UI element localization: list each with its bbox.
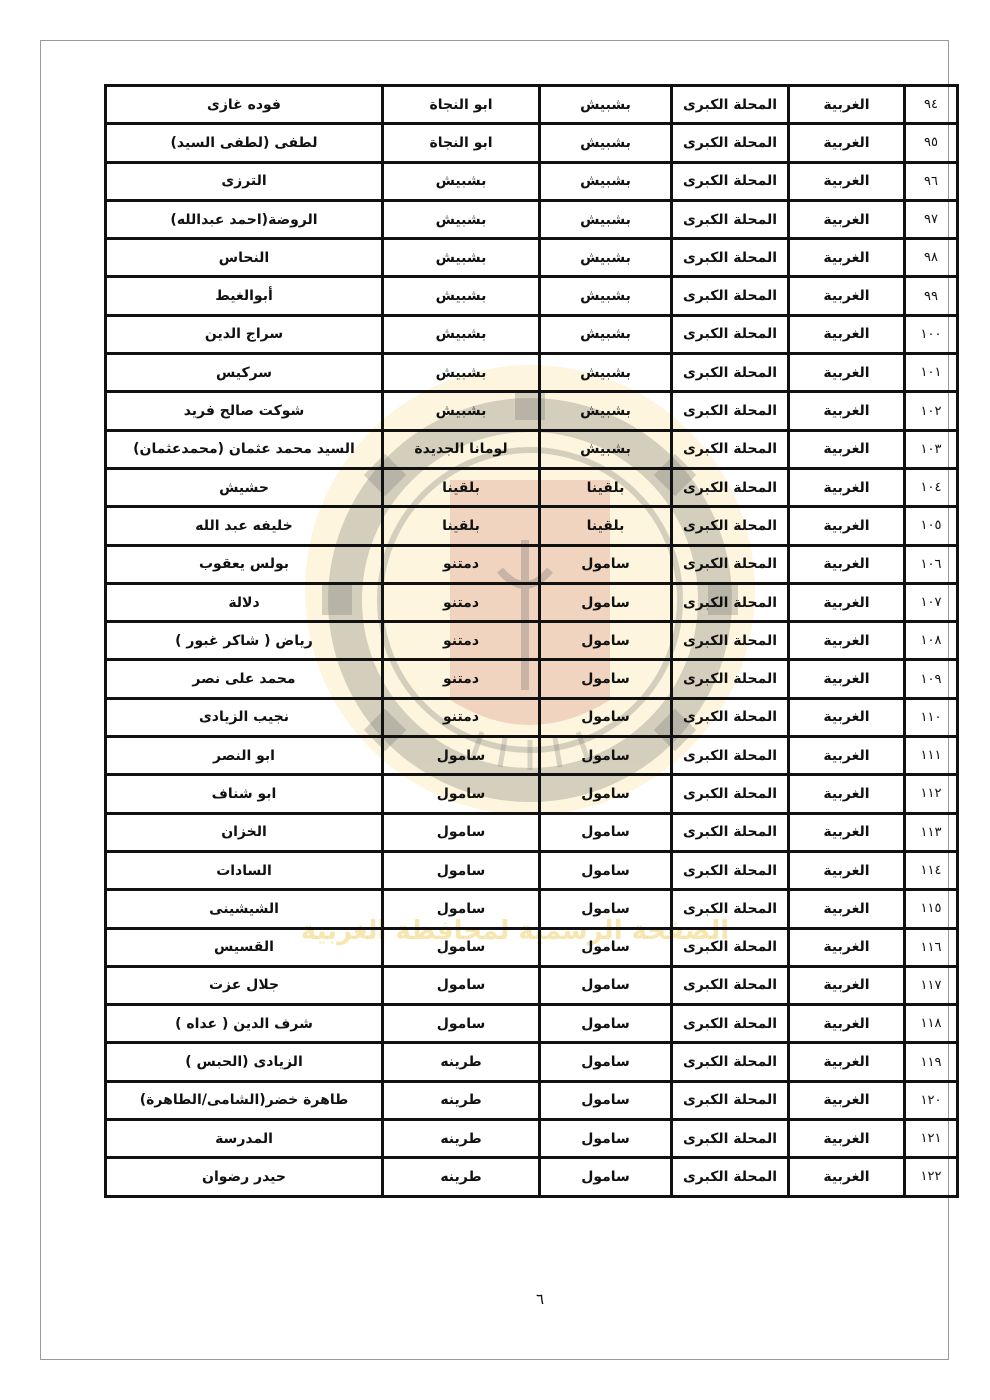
cell-number: ١٠٤: [905, 468, 958, 506]
cell-village: بشبيش: [383, 392, 540, 430]
cell-village: بشبيش: [383, 315, 540, 353]
cell-name: بولس يعقوب: [106, 545, 383, 583]
cell-governorate: الغربية: [789, 813, 905, 851]
cell-name: السيد محمد عثمان (محمدعثمان): [106, 430, 383, 468]
cell-number: ١٢٠: [905, 1081, 958, 1119]
cell-name: ابو النصر: [106, 737, 383, 775]
cell-number: ١٠٣: [905, 430, 958, 468]
cell-name: رياض ( شاكر غبور ): [106, 622, 383, 660]
cell-governorate: الغربية: [789, 737, 905, 775]
table-row: ١١٠ الغربية المحلة الكبرى سامول دمتنو نج…: [106, 698, 958, 736]
table-row: ١١٥ الغربية المحلة الكبرى سامول سامول ال…: [106, 890, 958, 928]
cell-city: المحلة الكبرى: [672, 315, 789, 353]
cell-city: المحلة الكبرى: [672, 1005, 789, 1043]
cell-governorate: الغربية: [789, 1043, 905, 1081]
cell-name: الترزى: [106, 162, 383, 200]
cell-name: نجيب الزيادى: [106, 698, 383, 736]
cell-number: ٩٥: [905, 124, 958, 162]
cell-number: ١١٠: [905, 698, 958, 736]
table-row: ١٠٧ الغربية المحلة الكبرى سامول دمتنو دل…: [106, 583, 958, 621]
cell-governorate: الغربية: [789, 1005, 905, 1043]
cell-governorate: الغربية: [789, 583, 905, 621]
cell-name: الزيادى (الحبس ): [106, 1043, 383, 1081]
cell-name: حيدر رضوان: [106, 1158, 383, 1196]
cell-village: طرينه: [383, 1158, 540, 1196]
cell-village: بشبيش: [383, 200, 540, 238]
page-number: ٦: [480, 1290, 600, 1308]
villages-table: ٩٤ الغربية المحلة الكبرى بشبيش ابو النجا…: [104, 84, 959, 1198]
table-body: ٩٤ الغربية المحلة الكبرى بشبيش ابو النجا…: [106, 86, 958, 1197]
cell-local-unit: سامول: [540, 660, 672, 698]
cell-governorate: الغربية: [789, 239, 905, 277]
cell-city: المحلة الكبرى: [672, 545, 789, 583]
cell-local-unit: سامول: [540, 545, 672, 583]
cell-name: شرف الدين ( عداه ): [106, 1005, 383, 1043]
cell-governorate: الغربية: [789, 660, 905, 698]
cell-number: ٩٤: [905, 86, 958, 124]
table-row: ٩٤ الغربية المحلة الكبرى بشبيش ابو النجا…: [106, 86, 958, 124]
table-row: ٩٩ الغربية المحلة الكبرى بشبيش بشبيش أبو…: [106, 277, 958, 315]
cell-local-unit: بشبيش: [540, 162, 672, 200]
cell-name: أبوالغيط: [106, 277, 383, 315]
table-row: ١٠٣ الغربية المحلة الكبرى بشبيش لومانا ا…: [106, 430, 958, 468]
cell-governorate: الغربية: [789, 1158, 905, 1196]
cell-village: سامول: [383, 851, 540, 889]
cell-governorate: الغربية: [789, 392, 905, 430]
cell-number: ١٠٩: [905, 660, 958, 698]
table-row: ١٠٦ الغربية المحلة الكبرى سامول دمتنو بو…: [106, 545, 958, 583]
cell-governorate: الغربية: [789, 124, 905, 162]
cell-city: المحلة الكبرى: [672, 162, 789, 200]
cell-city: المحلة الكبرى: [672, 851, 789, 889]
table-row: ١١٧ الغربية المحلة الكبرى سامول سامول جل…: [106, 966, 958, 1004]
cell-name: شوكت صالح فريد: [106, 392, 383, 430]
cell-name: لطفى (لطفى السيد): [106, 124, 383, 162]
cell-village: لومانا الجديدة: [383, 430, 540, 468]
cell-city: المحلة الكبرى: [672, 698, 789, 736]
cell-name: حشيش: [106, 468, 383, 506]
cell-village: بلقينا: [383, 507, 540, 545]
cell-number: ١١٦: [905, 928, 958, 966]
cell-village: بشبيش: [383, 162, 540, 200]
cell-governorate: الغربية: [789, 507, 905, 545]
cell-village: طرينه: [383, 1043, 540, 1081]
cell-village: بشبيش: [383, 354, 540, 392]
cell-name: محمد على نصر: [106, 660, 383, 698]
cell-city: المحلة الكبرى: [672, 200, 789, 238]
cell-city: المحلة الكبرى: [672, 622, 789, 660]
table-row: ١٠٤ الغربية المحلة الكبرى بلقينا بلقينا …: [106, 468, 958, 506]
cell-city: المحلة الكبرى: [672, 737, 789, 775]
cell-number: ١٠٦: [905, 545, 958, 583]
cell-city: المحلة الكبرى: [672, 507, 789, 545]
cell-name: سراج الدين: [106, 315, 383, 353]
cell-number: ١١٢: [905, 775, 958, 813]
table-row: ١١٤ الغربية المحلة الكبرى سامول سامول ال…: [106, 851, 958, 889]
cell-number: ٩٨: [905, 239, 958, 277]
cell-city: المحلة الكبرى: [672, 1081, 789, 1119]
cell-village: دمتنو: [383, 583, 540, 621]
cell-name: طاهرة خضر(الشامى/الطاهرة): [106, 1081, 383, 1119]
cell-number: ١٠٨: [905, 622, 958, 660]
table-row: ١٠٩ الغربية المحلة الكبرى سامول دمتنو مح…: [106, 660, 958, 698]
cell-name: دلالة: [106, 583, 383, 621]
cell-local-unit: بشبيش: [540, 392, 672, 430]
cell-governorate: الغربية: [789, 966, 905, 1004]
cell-name: الروضة(احمد عبدالله): [106, 200, 383, 238]
cell-city: المحلة الكبرى: [672, 966, 789, 1004]
cell-village: بشبيش: [383, 277, 540, 315]
cell-local-unit: بلقينا: [540, 507, 672, 545]
cell-local-unit: سامول: [540, 1043, 672, 1081]
table-row: ١١٨ الغربية المحلة الكبرى سامول سامول شر…: [106, 1005, 958, 1043]
cell-local-unit: سامول: [540, 737, 672, 775]
cell-local-unit: سامول: [540, 1158, 672, 1196]
cell-number: ١١٥: [905, 890, 958, 928]
cell-village: دمتنو: [383, 660, 540, 698]
table-row: ١٠٥ الغربية المحلة الكبرى بلقينا بلقينا …: [106, 507, 958, 545]
cell-number: ١٢٢: [905, 1158, 958, 1196]
cell-number: ١١٩: [905, 1043, 958, 1081]
cell-name: النحاس: [106, 239, 383, 277]
table-row: ١٠٢ الغربية المحلة الكبرى بشبيش بشبيش شو…: [106, 392, 958, 430]
cell-governorate: الغربية: [789, 1081, 905, 1119]
cell-village: سامول: [383, 737, 540, 775]
cell-local-unit: بلقينا: [540, 468, 672, 506]
cell-city: المحلة الكبرى: [672, 277, 789, 315]
table-row: ١٠١ الغربية المحلة الكبرى بشبيش بشبيش سر…: [106, 354, 958, 392]
cell-governorate: الغربية: [789, 622, 905, 660]
cell-local-unit: سامول: [540, 1081, 672, 1119]
cell-number: ٩٧: [905, 200, 958, 238]
cell-local-unit: بشبيش: [540, 200, 672, 238]
cell-local-unit: سامول: [540, 966, 672, 1004]
cell-number: ١١٤: [905, 851, 958, 889]
cell-governorate: الغربية: [789, 851, 905, 889]
cell-local-unit: بشبيش: [540, 86, 672, 124]
table-row: ١٢١ الغربية المحلة الكبرى سامول طرينه ال…: [106, 1120, 958, 1158]
cell-city: المحلة الكبرى: [672, 430, 789, 468]
cell-governorate: الغربية: [789, 1120, 905, 1158]
cell-local-unit: بشبيش: [540, 124, 672, 162]
cell-name: جلال عزت: [106, 966, 383, 1004]
cell-name: القسيس: [106, 928, 383, 966]
cell-governorate: الغربية: [789, 86, 905, 124]
cell-name: الخزان: [106, 813, 383, 851]
table-row: ٩٥ الغربية المحلة الكبرى بشبيش ابو النجا…: [106, 124, 958, 162]
cell-governorate: الغربية: [789, 698, 905, 736]
cell-village: سامول: [383, 928, 540, 966]
cell-name: ابو شناف: [106, 775, 383, 813]
cell-governorate: الغربية: [789, 315, 905, 353]
table-row: ١١٢ الغربية المحلة الكبرى سامول سامول اب…: [106, 775, 958, 813]
cell-governorate: الغربية: [789, 890, 905, 928]
cell-city: المحلة الكبرى: [672, 813, 789, 851]
cell-local-unit: سامول: [540, 775, 672, 813]
cell-name: المدرسة: [106, 1120, 383, 1158]
cell-local-unit: بشبيش: [540, 354, 672, 392]
cell-governorate: الغربية: [789, 928, 905, 966]
cell-village: دمتنو: [383, 698, 540, 736]
cell-city: المحلة الكبرى: [672, 86, 789, 124]
table-row: ١٢٢ الغربية المحلة الكبرى سامول طرينه حي…: [106, 1158, 958, 1196]
cell-number: ٩٩: [905, 277, 958, 315]
cell-local-unit: سامول: [540, 890, 672, 928]
cell-village: بشبيش: [383, 239, 540, 277]
cell-local-unit: سامول: [540, 698, 672, 736]
cell-governorate: الغربية: [789, 775, 905, 813]
cell-village: ابو النجاة: [383, 124, 540, 162]
cell-local-unit: سامول: [540, 851, 672, 889]
cell-number: ١٠٧: [905, 583, 958, 621]
table-row: ٩٦ الغربية المحلة الكبرى بشبيش بشبيش الت…: [106, 162, 958, 200]
table-row: ١١٩ الغربية المحلة الكبرى سامول طرينه ال…: [106, 1043, 958, 1081]
cell-city: المحلة الكبرى: [672, 890, 789, 928]
cell-governorate: الغربية: [789, 200, 905, 238]
cell-name: فوده غازى: [106, 86, 383, 124]
cell-governorate: الغربية: [789, 162, 905, 200]
cell-name: خليفه عبد الله: [106, 507, 383, 545]
cell-local-unit: سامول: [540, 1120, 672, 1158]
cell-city: المحلة الكبرى: [672, 775, 789, 813]
cell-village: طرينه: [383, 1120, 540, 1158]
cell-local-unit: سامول: [540, 622, 672, 660]
cell-name: السادات: [106, 851, 383, 889]
cell-city: المحلة الكبرى: [672, 239, 789, 277]
table-row: ٩٨ الغربية المحلة الكبرى بشبيش بشبيش الن…: [106, 239, 958, 277]
cell-number: ١١٧: [905, 966, 958, 1004]
cell-village: دمتنو: [383, 545, 540, 583]
cell-local-unit: سامول: [540, 583, 672, 621]
cell-governorate: الغربية: [789, 277, 905, 315]
cell-number: ١٠٥: [905, 507, 958, 545]
table-row: ١١٦ الغربية المحلة الكبرى سامول سامول ال…: [106, 928, 958, 966]
cell-village: ابو النجاة: [383, 86, 540, 124]
cell-city: المحلة الكبرى: [672, 660, 789, 698]
cell-governorate: الغربية: [789, 354, 905, 392]
cell-local-unit: سامول: [540, 928, 672, 966]
table-row: ١٠٨ الغربية المحلة الكبرى سامول دمتنو ري…: [106, 622, 958, 660]
table-row: ١٢٠ الغربية المحلة الكبرى سامول طرينه طا…: [106, 1081, 958, 1119]
cell-number: ٩٦: [905, 162, 958, 200]
cell-number: ١١٣: [905, 813, 958, 851]
cell-local-unit: بشبيش: [540, 315, 672, 353]
cell-village: سامول: [383, 813, 540, 851]
table-row: ٩٧ الغربية المحلة الكبرى بشبيش بشبيش الر…: [106, 200, 958, 238]
cell-village: بلقينا: [383, 468, 540, 506]
cell-local-unit: سامول: [540, 813, 672, 851]
cell-city: المحلة الكبرى: [672, 583, 789, 621]
cell-local-unit: سامول: [540, 1005, 672, 1043]
cell-city: المحلة الكبرى: [672, 1043, 789, 1081]
cell-village: دمتنو: [383, 622, 540, 660]
cell-local-unit: بشبيش: [540, 277, 672, 315]
cell-name: الشيشينى: [106, 890, 383, 928]
cell-local-unit: بشبيش: [540, 430, 672, 468]
cell-city: المحلة الكبرى: [672, 928, 789, 966]
cell-village: سامول: [383, 1005, 540, 1043]
cell-village: سامول: [383, 890, 540, 928]
cell-governorate: الغربية: [789, 430, 905, 468]
cell-city: المحلة الكبرى: [672, 468, 789, 506]
cell-city: المحلة الكبرى: [672, 1158, 789, 1196]
cell-village: سامول: [383, 966, 540, 1004]
table-row: ١١٣ الغربية المحلة الكبرى سامول سامول ال…: [106, 813, 958, 851]
cell-city: المحلة الكبرى: [672, 1120, 789, 1158]
cell-name: سركيس: [106, 354, 383, 392]
cell-governorate: الغربية: [789, 545, 905, 583]
cell-city: المحلة الكبرى: [672, 354, 789, 392]
cell-number: ١١١: [905, 737, 958, 775]
cell-number: ١٠٠: [905, 315, 958, 353]
cell-local-unit: بشبيش: [540, 239, 672, 277]
cell-city: المحلة الكبرى: [672, 124, 789, 162]
cell-governorate: الغربية: [789, 468, 905, 506]
cell-village: سامول: [383, 775, 540, 813]
cell-number: ١٠١: [905, 354, 958, 392]
table-row: ١٠٠ الغربية المحلة الكبرى بشبيش بشبيش سر…: [106, 315, 958, 353]
cell-number: ١٠٢: [905, 392, 958, 430]
cell-city: المحلة الكبرى: [672, 392, 789, 430]
cell-village: طرينه: [383, 1081, 540, 1119]
cell-number: ١٢١: [905, 1120, 958, 1158]
cell-number: ١١٨: [905, 1005, 958, 1043]
table-row: ١١١ الغربية المحلة الكبرى سامول سامول اب…: [106, 737, 958, 775]
